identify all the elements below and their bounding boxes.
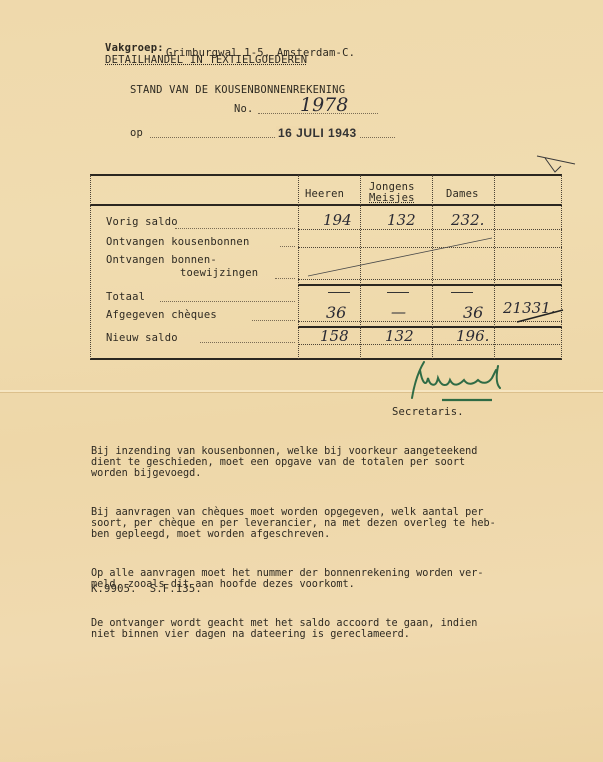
cell-heeren: 158 xyxy=(320,327,349,345)
row-label: Vorig saldo xyxy=(106,216,178,228)
signature-icon xyxy=(392,358,522,403)
cell-heeren: 194 xyxy=(323,211,352,229)
col-border xyxy=(90,175,91,359)
address: Grimburgwal 1-5, Amsterdam-C. xyxy=(166,47,355,59)
cell-dames: 36 xyxy=(463,303,483,322)
cell-heeren: 36 xyxy=(326,303,346,322)
col-border xyxy=(561,175,562,359)
dash-dames xyxy=(451,292,473,293)
label-leader xyxy=(280,246,295,247)
column-header-heeren: Heeren xyxy=(305,188,344,200)
instructions: Bij inzending van kousenbonnen, welke bi… xyxy=(91,424,561,657)
number-label: No. xyxy=(234,103,254,115)
label-leader xyxy=(160,301,295,302)
cell-jongens-meisjes: 132 xyxy=(387,211,416,229)
group-label: Vakgroep: xyxy=(105,42,164,54)
row-label: Ontvangen kousenbonnen xyxy=(106,236,249,248)
column-header-jongens-meisjes: Jongens Meisjes xyxy=(369,182,415,204)
strike-through-line xyxy=(298,230,498,280)
row-label: Afgegeven chèques xyxy=(106,309,217,321)
label-leader xyxy=(200,342,295,343)
check-mark-icon xyxy=(535,150,585,174)
instruction-paragraph: De ontvanger wordt geacht met het saldo … xyxy=(91,618,561,640)
number-value: 1978 xyxy=(300,94,348,116)
signature-role: Secretaris. xyxy=(392,406,464,418)
table-header-border xyxy=(90,204,562,206)
row-label-line2: toewijzingen xyxy=(180,267,258,279)
label-leader xyxy=(175,228,295,229)
date-label: op xyxy=(130,127,143,139)
cell-dames: 232. xyxy=(451,211,484,229)
instruction-paragraph: Bij inzending van kousenbonnen, welke bi… xyxy=(91,446,561,479)
underline-stroke xyxy=(515,308,565,324)
cell-dames: 196. xyxy=(456,327,489,345)
form-code: K.9905. S.F.135. xyxy=(91,583,202,595)
label-leader xyxy=(252,320,295,321)
dash-jongens xyxy=(387,292,409,293)
row-label: Totaal xyxy=(106,291,145,303)
cell-jongens-meisjes: 132 xyxy=(385,327,414,345)
subtotal-border xyxy=(298,284,562,286)
label-leader xyxy=(275,278,295,279)
row-label-line1: Ontvangen bonnen- xyxy=(106,254,217,266)
instruction-paragraph: Bij aanvragen van chèques moet worden op… xyxy=(91,507,561,540)
date-stamp: 16 JULI 1943 xyxy=(276,126,359,140)
column-header-dames: Dames xyxy=(446,188,479,200)
table-top-border xyxy=(90,174,562,176)
cell-jongens-meisjes: — xyxy=(391,303,406,321)
row-label: Nieuw saldo xyxy=(106,332,178,344)
dash-heeren xyxy=(328,292,350,293)
